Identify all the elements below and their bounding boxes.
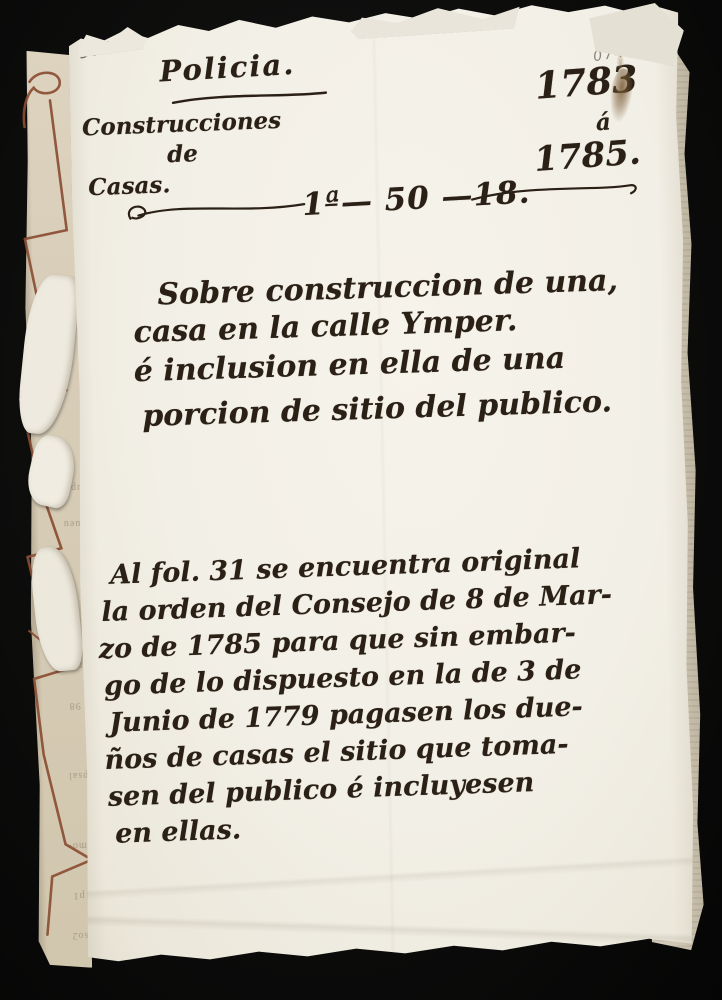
category-block: Construcciones de Casas. bbox=[81, 106, 283, 204]
subject-line: porcion de sitio del publico. bbox=[142, 383, 623, 435]
page-title: Policia. bbox=[158, 47, 296, 89]
category-line: de bbox=[167, 136, 283, 170]
manuscript-page: 3318 Policia. Construcciones de Casas. 0… bbox=[68, 1, 698, 964]
flourish-left-swash bbox=[122, 195, 309, 229]
flourish-right-swash bbox=[470, 178, 640, 206]
title-underline-stroke bbox=[170, 89, 330, 108]
note-paragraph: Al fol. 31 se encuentra original la orde… bbox=[104, 539, 621, 853]
subject-paragraph: Sobre construccion de una, casa en la ca… bbox=[131, 262, 622, 435]
date-line: á bbox=[595, 108, 612, 136]
date-line: 1785. bbox=[533, 132, 642, 180]
manuscript-volume: ep uph el ueu oportes o.l 98 opsal onomo… bbox=[0, 0, 722, 1000]
